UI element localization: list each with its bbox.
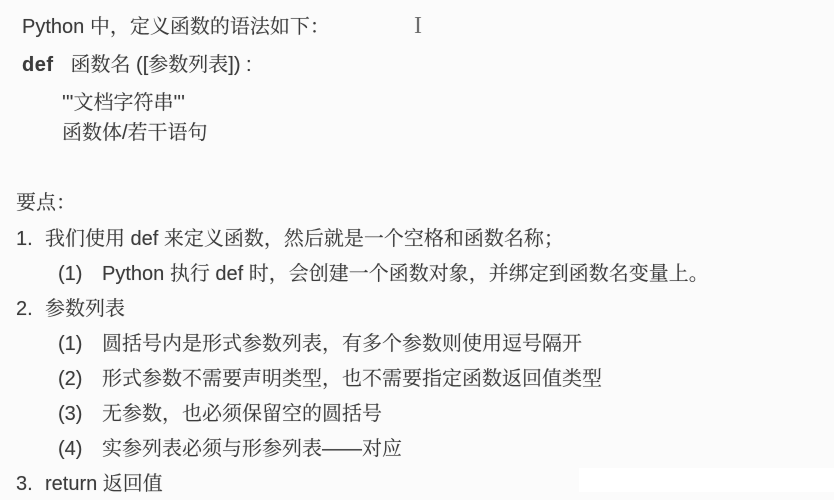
list-item-text: 参数列表: [45, 296, 125, 323]
docstring-line: '''文档字符串''': [62, 90, 185, 116]
list-subitem-text: 无参数，也必须保留空的圆括号: [102, 401, 382, 428]
list-subitem: (1) 圆括号内是形式参数列表，有多个参数则使用逗号隔开: [16, 331, 826, 366]
list-subitem-marker: (2): [58, 366, 102, 393]
list-item-marker: 1.: [16, 226, 45, 253]
list-item-text: return 返回值: [45, 471, 163, 498]
i-beam-cursor-icon: I: [414, 13, 422, 39]
def-keyword: def: [22, 54, 54, 76]
list-subitem: (1) Python 执行 def 时，会创建一个函数对象，并绑定到函数名变量上…: [16, 261, 826, 296]
def-signature: 函数名 ([参数列表]) :: [71, 54, 252, 76]
list-subitem-marker: (1): [58, 261, 102, 288]
function-body-line: 函数体/若干语句: [62, 120, 208, 146]
list-subitem-marker: (4): [58, 436, 102, 463]
list-item-marker: 2.: [16, 296, 45, 323]
list-item-text: 我们使用 def 来定义函数，然后就是一个空格和函数名称；: [45, 226, 564, 253]
list-subitem-text: 实参列表必须与形参列表——对应: [102, 436, 402, 463]
list-subitem: (2) 形式参数不需要声明类型，也不需要指定函数返回值类型: [16, 366, 826, 401]
list-subitem-marker: (3): [58, 401, 102, 428]
def-line: def函数名 ([参数列表]) :: [22, 52, 252, 78]
list-item: 2. 参数列表: [16, 296, 826, 331]
list-subitem-text: 圆括号内是形式参数列表，有多个参数则使用逗号隔开: [102, 331, 582, 358]
list-subitem-text: 形式参数不需要声明类型，也不需要指定函数返回值类型: [102, 366, 602, 393]
document-canvas[interactable]: Python 中，定义函数的语法如下： def函数名 ([参数列表]) : ''…: [0, 0, 834, 500]
list-subitem: (4) 实参列表必须与形参列表——对应: [16, 436, 826, 471]
list-subitem-text: Python 执行 def 时，会创建一个函数对象，并绑定到函数名变量上。: [102, 261, 709, 288]
key-points-section: 要点： 1. 我们使用 def 来定义函数，然后就是一个空格和函数名称； (1)…: [16, 190, 826, 500]
syntax-intro-line: Python 中，定义函数的语法如下：: [22, 14, 330, 40]
watermark-area: [579, 468, 834, 492]
list-item-marker: 3.: [16, 471, 45, 498]
list-subitem: (3) 无参数，也必须保留空的圆括号: [16, 401, 826, 436]
key-points-heading: 要点：: [16, 190, 826, 226]
list-item: 1. 我们使用 def 来定义函数，然后就是一个空格和函数名称；: [16, 226, 826, 261]
list-subitem-marker: (1): [58, 331, 102, 358]
